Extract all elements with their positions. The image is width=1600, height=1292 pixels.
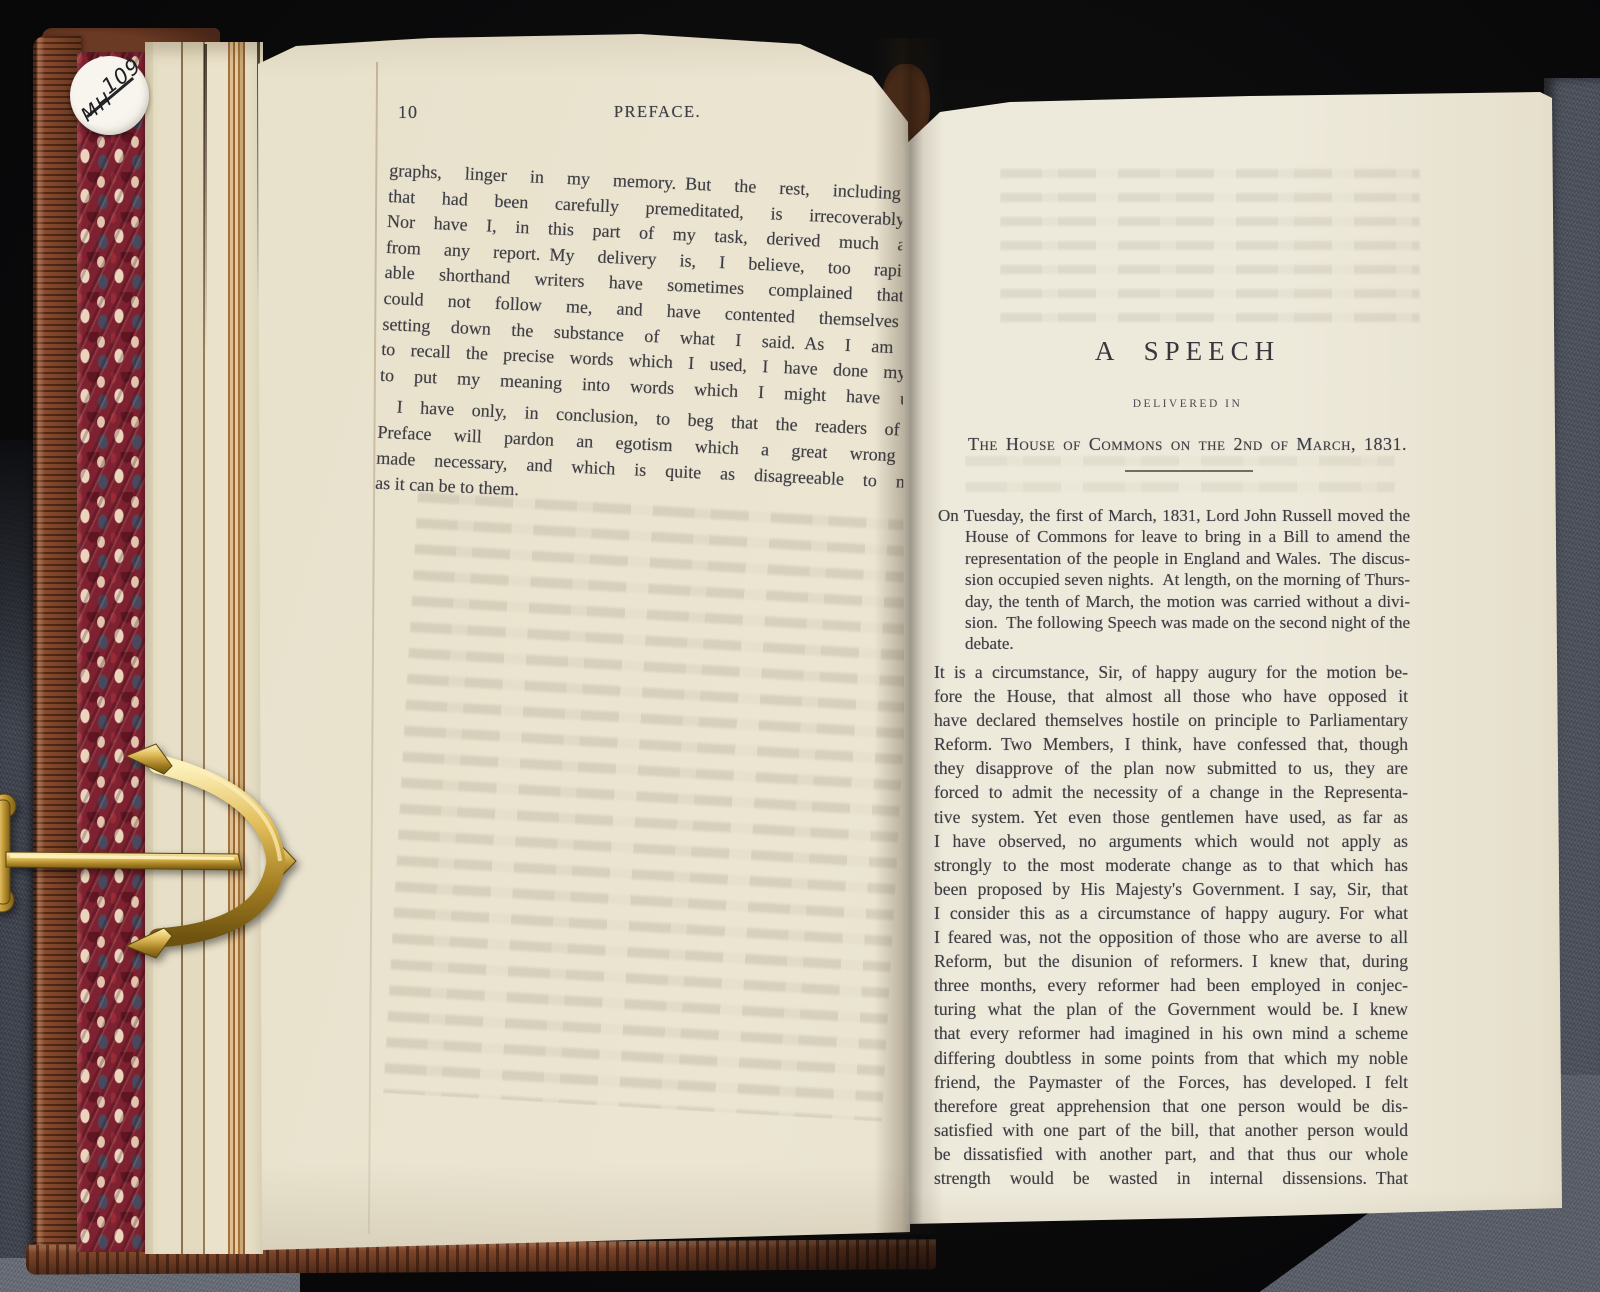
- preface-text: graphs, linger in my memory. But the res…: [375, 158, 948, 522]
- anchor-icon: [0, 740, 308, 962]
- left-page-header: 10 PREFACE.: [390, 102, 925, 122]
- marbled-endpaper: [77, 52, 147, 1252]
- occasion-line: The House of Commons on the 2nd of March…: [935, 434, 1440, 455]
- leaf-gap-line: [204, 44, 207, 354]
- running-header: PREFACE.: [390, 102, 925, 122]
- preface-paragraph: graphs, linger in my memory. But the res…: [380, 158, 948, 413]
- show-through-text: [383, 484, 917, 1122]
- page-edge-line: [368, 62, 378, 1234]
- show-through-text: [1000, 162, 1420, 334]
- divider-rule: [1125, 470, 1253, 472]
- speech-title: A SPEECH: [935, 336, 1440, 367]
- conclusion-paragraph: I have only, in conclusion, to beg that …: [375, 394, 937, 522]
- speech-body: It is a circumstance, Sir, of happy augu…: [934, 660, 1408, 1190]
- library-sticker: 109 MH: [70, 56, 149, 135]
- book-photo: 10 PREFACE. graphs, linger in my memory.…: [0, 0, 1600, 1292]
- page-number: 10: [398, 102, 418, 123]
- delivered-in-line: DELIVERED IN: [935, 398, 1440, 410]
- leather-spine: [33, 36, 81, 1262]
- introduction-note: On Tuesday, the first of March, 1831, Lo…: [938, 505, 1410, 655]
